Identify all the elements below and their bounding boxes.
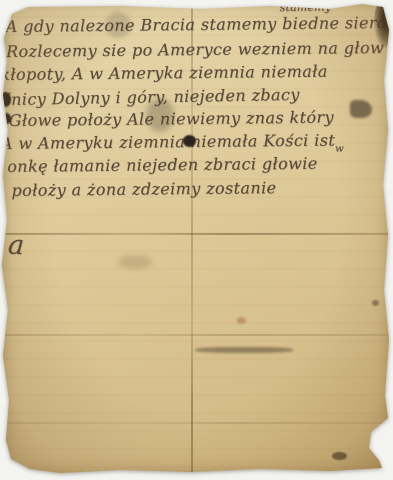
text-line-1: A gdy nalezone Bracia stamemy biedne sie…	[6, 13, 393, 36]
photo-of-letter: { "photo": { "subject": "aged handwritte…	[0, 0, 393, 480]
paper-wrap: stamemy A gdy nalezone Bracia stamemy bi…	[0, 0, 393, 480]
inserted-letter: w	[335, 143, 344, 154]
paper-sheet: stamemy A gdy nalezone Bracia stamemy bi…	[0, 0, 393, 480]
text-line-3: kłopoty, A w Ameryka ziemnia niemała	[0, 62, 328, 84]
text-line-4: śnicy Dolyny i góry, niejeden zbacy	[2, 85, 300, 109]
text-line-7: onkę łamanie niejeden zbraci głowie	[7, 154, 318, 176]
text-line-8: położy a żona zdzeimy zostanie	[11, 178, 276, 200]
scan-backdrop: stamemy A gdy nalezone Bracia stamemy bi…	[0, 0, 393, 480]
text-line-2: Rozlecemy sie po Ameryce wezniem na głow	[6, 38, 384, 61]
handwritten-text-block: stamemy A gdy nalezone Bracia stamemy bi…	[0, 0, 393, 480]
text-line-5: Głowe położy Ale niewiemy znas który	[9, 108, 334, 130]
text-line-6: A w Ameryku ziemnia niemała Kości ist	[1, 131, 335, 153]
inserted-word: stamemy	[280, 1, 332, 15]
isolated-letter-a: a	[7, 229, 25, 261]
